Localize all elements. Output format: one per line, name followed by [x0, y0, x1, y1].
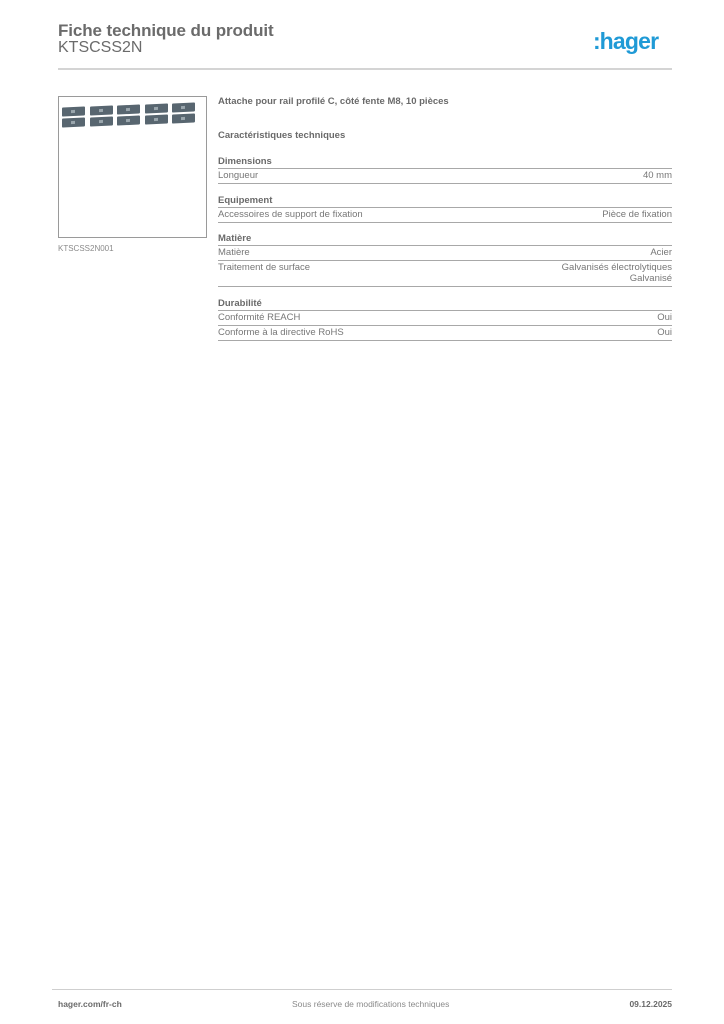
spec-value: 40 mm	[643, 170, 672, 181]
clip-shape	[172, 102, 195, 112]
clip-shape	[145, 103, 168, 113]
spec-value-line: Acier	[650, 247, 672, 258]
clip-shape	[145, 114, 168, 124]
clip-shape	[90, 105, 113, 115]
section-title: Durabilité	[218, 297, 672, 311]
image-caption: KTSCSS2N001	[58, 244, 114, 253]
clip-shape	[172, 113, 195, 123]
logo-dots: :	[593, 28, 600, 54]
clip-shape	[62, 117, 85, 127]
logo-text: hager	[600, 28, 659, 54]
spec-row: Conformité REACHOui	[218, 311, 672, 326]
section-dimensions: DimensionsLongueur40 mm	[218, 155, 672, 184]
section-title: Equipement	[218, 194, 672, 208]
spec-label: Conformité REACH	[218, 312, 300, 324]
clip-shape	[90, 116, 113, 126]
spec-row: MatièreAcier	[218, 246, 672, 261]
spec-label: Matière	[218, 247, 250, 259]
product-description: Attache pour rail profilé C, côté fente …	[218, 96, 449, 107]
footer-date: 09.12.2025	[629, 999, 672, 1009]
header-divider	[58, 68, 672, 70]
spec-value: Galvanisés électrolytiquesGalvanisé	[562, 262, 672, 284]
hager-logo: :hager	[593, 28, 658, 55]
section-title: Matière	[218, 232, 672, 246]
spec-value-line: 40 mm	[643, 170, 672, 181]
spec-value-line: Oui	[657, 327, 672, 338]
spec-row: Traitement de surfaceGalvanisés électrol…	[218, 261, 672, 287]
section-durabilite: DurabilitéConformité REACHOuiConforme à …	[218, 297, 672, 341]
footer-divider	[52, 989, 672, 990]
page-title: Fiche technique du produit	[58, 21, 274, 41]
spec-value: Oui	[657, 327, 672, 338]
spec-label: Longueur	[218, 170, 258, 182]
spec-label: Traitement de surface	[218, 262, 310, 274]
spec-value-line: Galvanisé	[562, 273, 672, 284]
section-equipement: EquipementAccessoires de support de fixa…	[218, 194, 672, 223]
section-title: Dimensions	[218, 155, 672, 169]
characteristics-title: Caractéristiques techniques	[218, 130, 345, 141]
product-code: KTSCSS2N	[58, 39, 142, 57]
spec-row: Conforme à la directive RoHSOui	[218, 326, 672, 341]
spec-row: Longueur40 mm	[218, 169, 672, 184]
spec-label: Accessoires de support de fixation	[218, 209, 363, 221]
section-matiere: MatièreMatièreAcierTraitement de surface…	[218, 232, 672, 287]
spec-value: Acier	[650, 247, 672, 258]
footer-website[interactable]: hager.com/fr-ch	[58, 999, 122, 1009]
spec-value: Pièce de fixation	[602, 209, 672, 220]
spec-value-line: Oui	[657, 312, 672, 323]
spec-value-line: Galvanisés électrolytiques	[562, 262, 672, 273]
clip-shape	[117, 115, 140, 125]
clip-shape	[117, 104, 140, 114]
product-image	[58, 96, 207, 238]
clip-shape	[62, 106, 85, 116]
spec-row: Accessoires de support de fixationPièce …	[218, 208, 672, 223]
spec-value-line: Pièce de fixation	[602, 209, 672, 220]
footer-notice: Sous réserve de modifications techniques	[292, 999, 449, 1009]
spec-value: Oui	[657, 312, 672, 323]
spec-label: Conforme à la directive RoHS	[218, 327, 344, 339]
